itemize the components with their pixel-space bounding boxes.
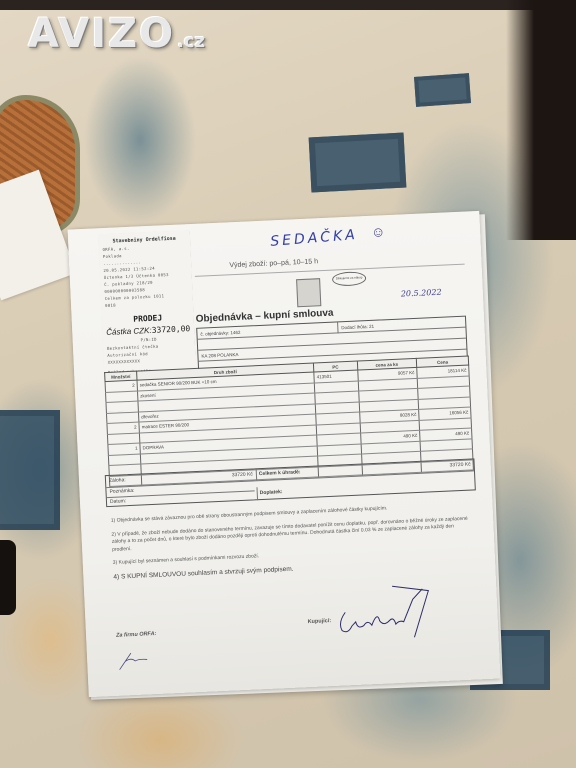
buyer-signature-label: Kupující:: [308, 618, 332, 625]
receipt-line: XXXXXXXXXXXX: [108, 356, 192, 365]
watermark-brand: AVIZO: [28, 14, 175, 54]
deposit-label: Záloha:: [109, 477, 126, 484]
phone: [0, 540, 16, 615]
order-number-label: č. objednávky:: [200, 330, 229, 336]
delivery-time-label: Dodací lhůta:: [341, 324, 368, 330]
pickup-hours: Výdej zboží: po–pá, 10–15 h: [229, 258, 318, 269]
receipt-sale-label: PRODEJ: [106, 312, 190, 325]
mascot-speech-bubble: Děkujeme za nákup: [332, 271, 367, 287]
note-label: Poznámka:: [109, 487, 134, 494]
seller-signature: [117, 646, 158, 673]
receipt-amount-value: 33720,00: [152, 324, 191, 335]
smiley-icon: ☺: [371, 223, 386, 240]
receipt-line: 0818: [105, 299, 189, 308]
seller-signature-label: Za firmu ORFA:: [116, 631, 157, 639]
receipt-amount-label: Částka CZK:: [106, 326, 152, 337]
order-number-value: 1462: [230, 330, 240, 335]
date-label: Datum:: [110, 498, 126, 505]
background-edge: [0, 0, 576, 10]
dark-corner: [506, 0, 576, 240]
surcharge-field: Doplatek:: [257, 487, 286, 499]
surcharge-label: Doplatek:: [260, 489, 283, 496]
tablecloth-motif: [414, 73, 471, 107]
tablecloth-motif: [0, 410, 60, 530]
order-form-document: Stavebniny Ordelfiosa ORFA, a.s. Poklada…: [68, 211, 501, 697]
buyer-signature: [332, 578, 445, 643]
contract-terms: 1) Objednávka se stává závaznou pro obě …: [111, 502, 474, 587]
address-value: KA 208 POLANKA: [201, 352, 238, 359]
total-due-label: Celkem k úhradě:: [259, 469, 301, 477]
watermark-tld: .cz: [177, 31, 205, 52]
delivery-time-value: 21: [369, 324, 374, 329]
handwritten-date: 20.5.2022: [401, 288, 442, 299]
tablecloth-motif: [309, 133, 407, 193]
watermark-logo: AVIZO .cz: [28, 14, 205, 54]
handwritten-item-label: SEDAČKA: [270, 227, 359, 250]
mascot-icon: [296, 278, 321, 307]
